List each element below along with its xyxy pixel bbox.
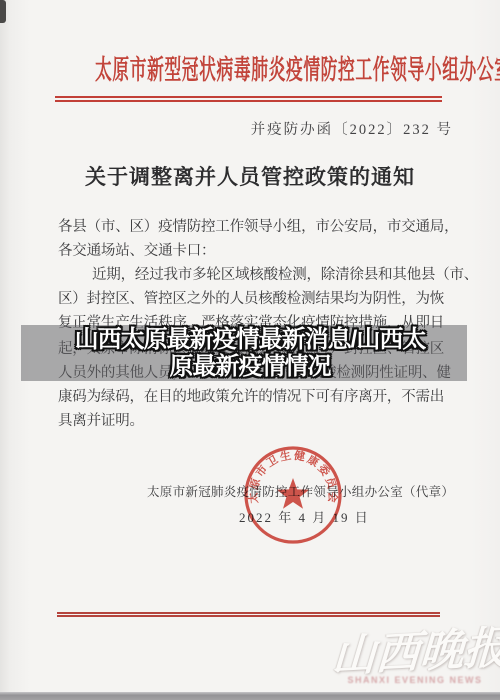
newspaper-watermark-subtext: SHANXI EVENING NEWS [335, 675, 495, 685]
body-line: 区）封控区、管控区之外的人员核酸检测结果均为阴性，为恢 [58, 287, 443, 308]
body-line: 各县（市、区）疫情防控工作领导小组，市公安局，市交通局， [58, 215, 443, 236]
body-line: 近期，经过我市多轮区域核酸检测，除清徐县和其他县（市、 [92, 263, 477, 284]
headline-line-2: 原最新疫情情况 [0, 353, 500, 380]
photo-bottom-edge [0, 692, 500, 700]
seal-star-icon [277, 478, 309, 509]
notice-title: 关于调整离并人员管控政策的通知 [0, 161, 500, 191]
photo-corner-smudge [0, 0, 6, 23]
letterhead-double-rule [55, 96, 442, 102]
body-line: 各交通场站、交通卡口： [58, 239, 443, 260]
body-line: 康码为绿码，在目的地政策允许的情况下可有序离开，不需出 [58, 385, 443, 406]
body-line: 具离并证明。 [58, 409, 443, 430]
letterhead-issuer: 太原市新型冠状病毒肺炎疫情防控工作领导小组办公室 [95, 48, 405, 87]
headline-line-1: 山西太原最新疫情最新消息/山西太 [0, 326, 500, 353]
newspaper-watermark-logo: 山西晚报 [330, 612, 498, 685]
document-number: 并疫防办函〔2022〕232 号 [0, 118, 453, 139]
headline-text: 山西太原最新疫情最新消息/山西太 原最新疫情情况 [0, 326, 500, 380]
official-seal-icon: 太原市卫生健康委员会 [233, 435, 353, 555]
document-photo: 太原市新型冠状病毒肺炎疫情防控工作领导小组办公室 并疫防办函〔2022〕232 … [0, 0, 500, 700]
footer-red-rule [57, 612, 440, 617]
